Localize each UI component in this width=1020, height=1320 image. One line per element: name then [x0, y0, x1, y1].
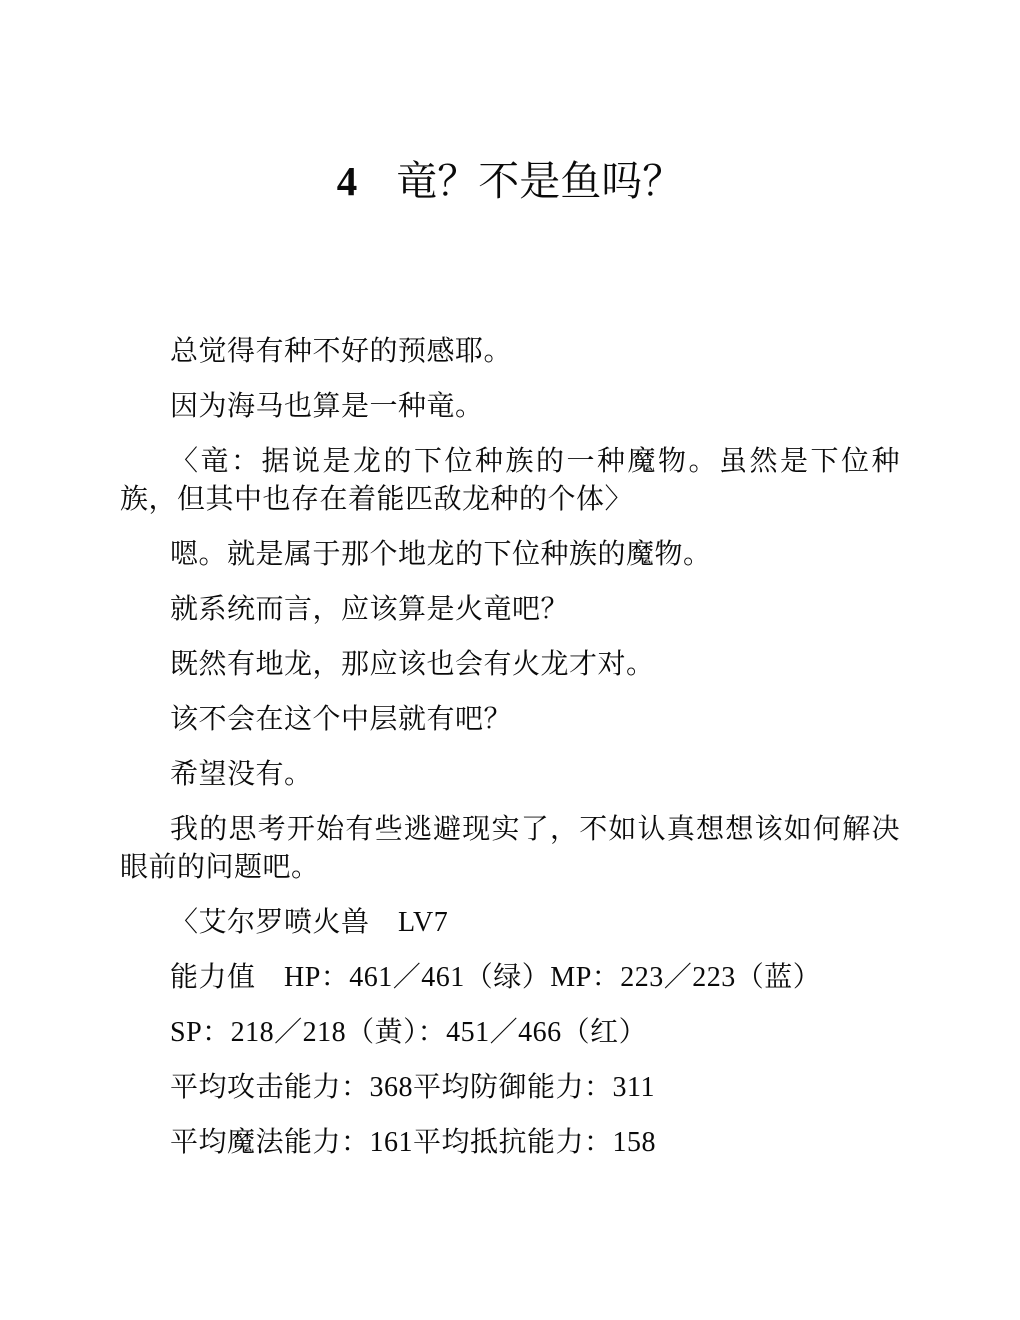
- paragraph: 平均攻击能力：368平均防御能力：311: [120, 1069, 900, 1107]
- paragraph: SP：218／218（黄）：451／466（红）: [120, 1014, 900, 1052]
- chapter-title: 4竜？不是鱼吗？: [120, 158, 900, 205]
- paragraph: 〈艾尔罗喷火兽 LV7: [120, 904, 900, 942]
- paragraph: 希望没有。: [120, 756, 900, 794]
- paragraph: 能力值 HP：461／461（绿）MP：223／223（蓝）: [120, 959, 900, 997]
- chapter-number: 4: [337, 158, 358, 204]
- paragraph: 〈竜：据说是龙的下位种族的一种魔物。虽然是下位种族，但其中也存在着能匹敌龙种的个…: [120, 443, 900, 519]
- paragraph: 因为海马也算是一种竜。: [120, 388, 900, 426]
- paragraph: 就系统而言，应该算是火竜吧？: [120, 591, 900, 629]
- paragraph: 我的思考开始有些逃避现实了，不如认真想想该如何解决眼前的问题吧。: [120, 811, 900, 887]
- paragraph: 平均魔法能力：161平均抵抗能力：158: [120, 1124, 900, 1162]
- paragraph: 既然有地龙，那应该也会有火龙才对。: [120, 646, 900, 684]
- paragraph: 该不会在这个中层就有吧？: [120, 701, 900, 739]
- paragraph: 总觉得有种不好的预感耶。: [120, 333, 900, 371]
- paragraph: 嗯。就是属于那个地龙的下位种族的魔物。: [120, 536, 900, 574]
- chapter-title-text: 竜？不是鱼吗？: [396, 158, 683, 204]
- document-page: 4竜？不是鱼吗？ 总觉得有种不好的预感耶。 因为海马也算是一种竜。 〈竜：据说是…: [0, 0, 1020, 1320]
